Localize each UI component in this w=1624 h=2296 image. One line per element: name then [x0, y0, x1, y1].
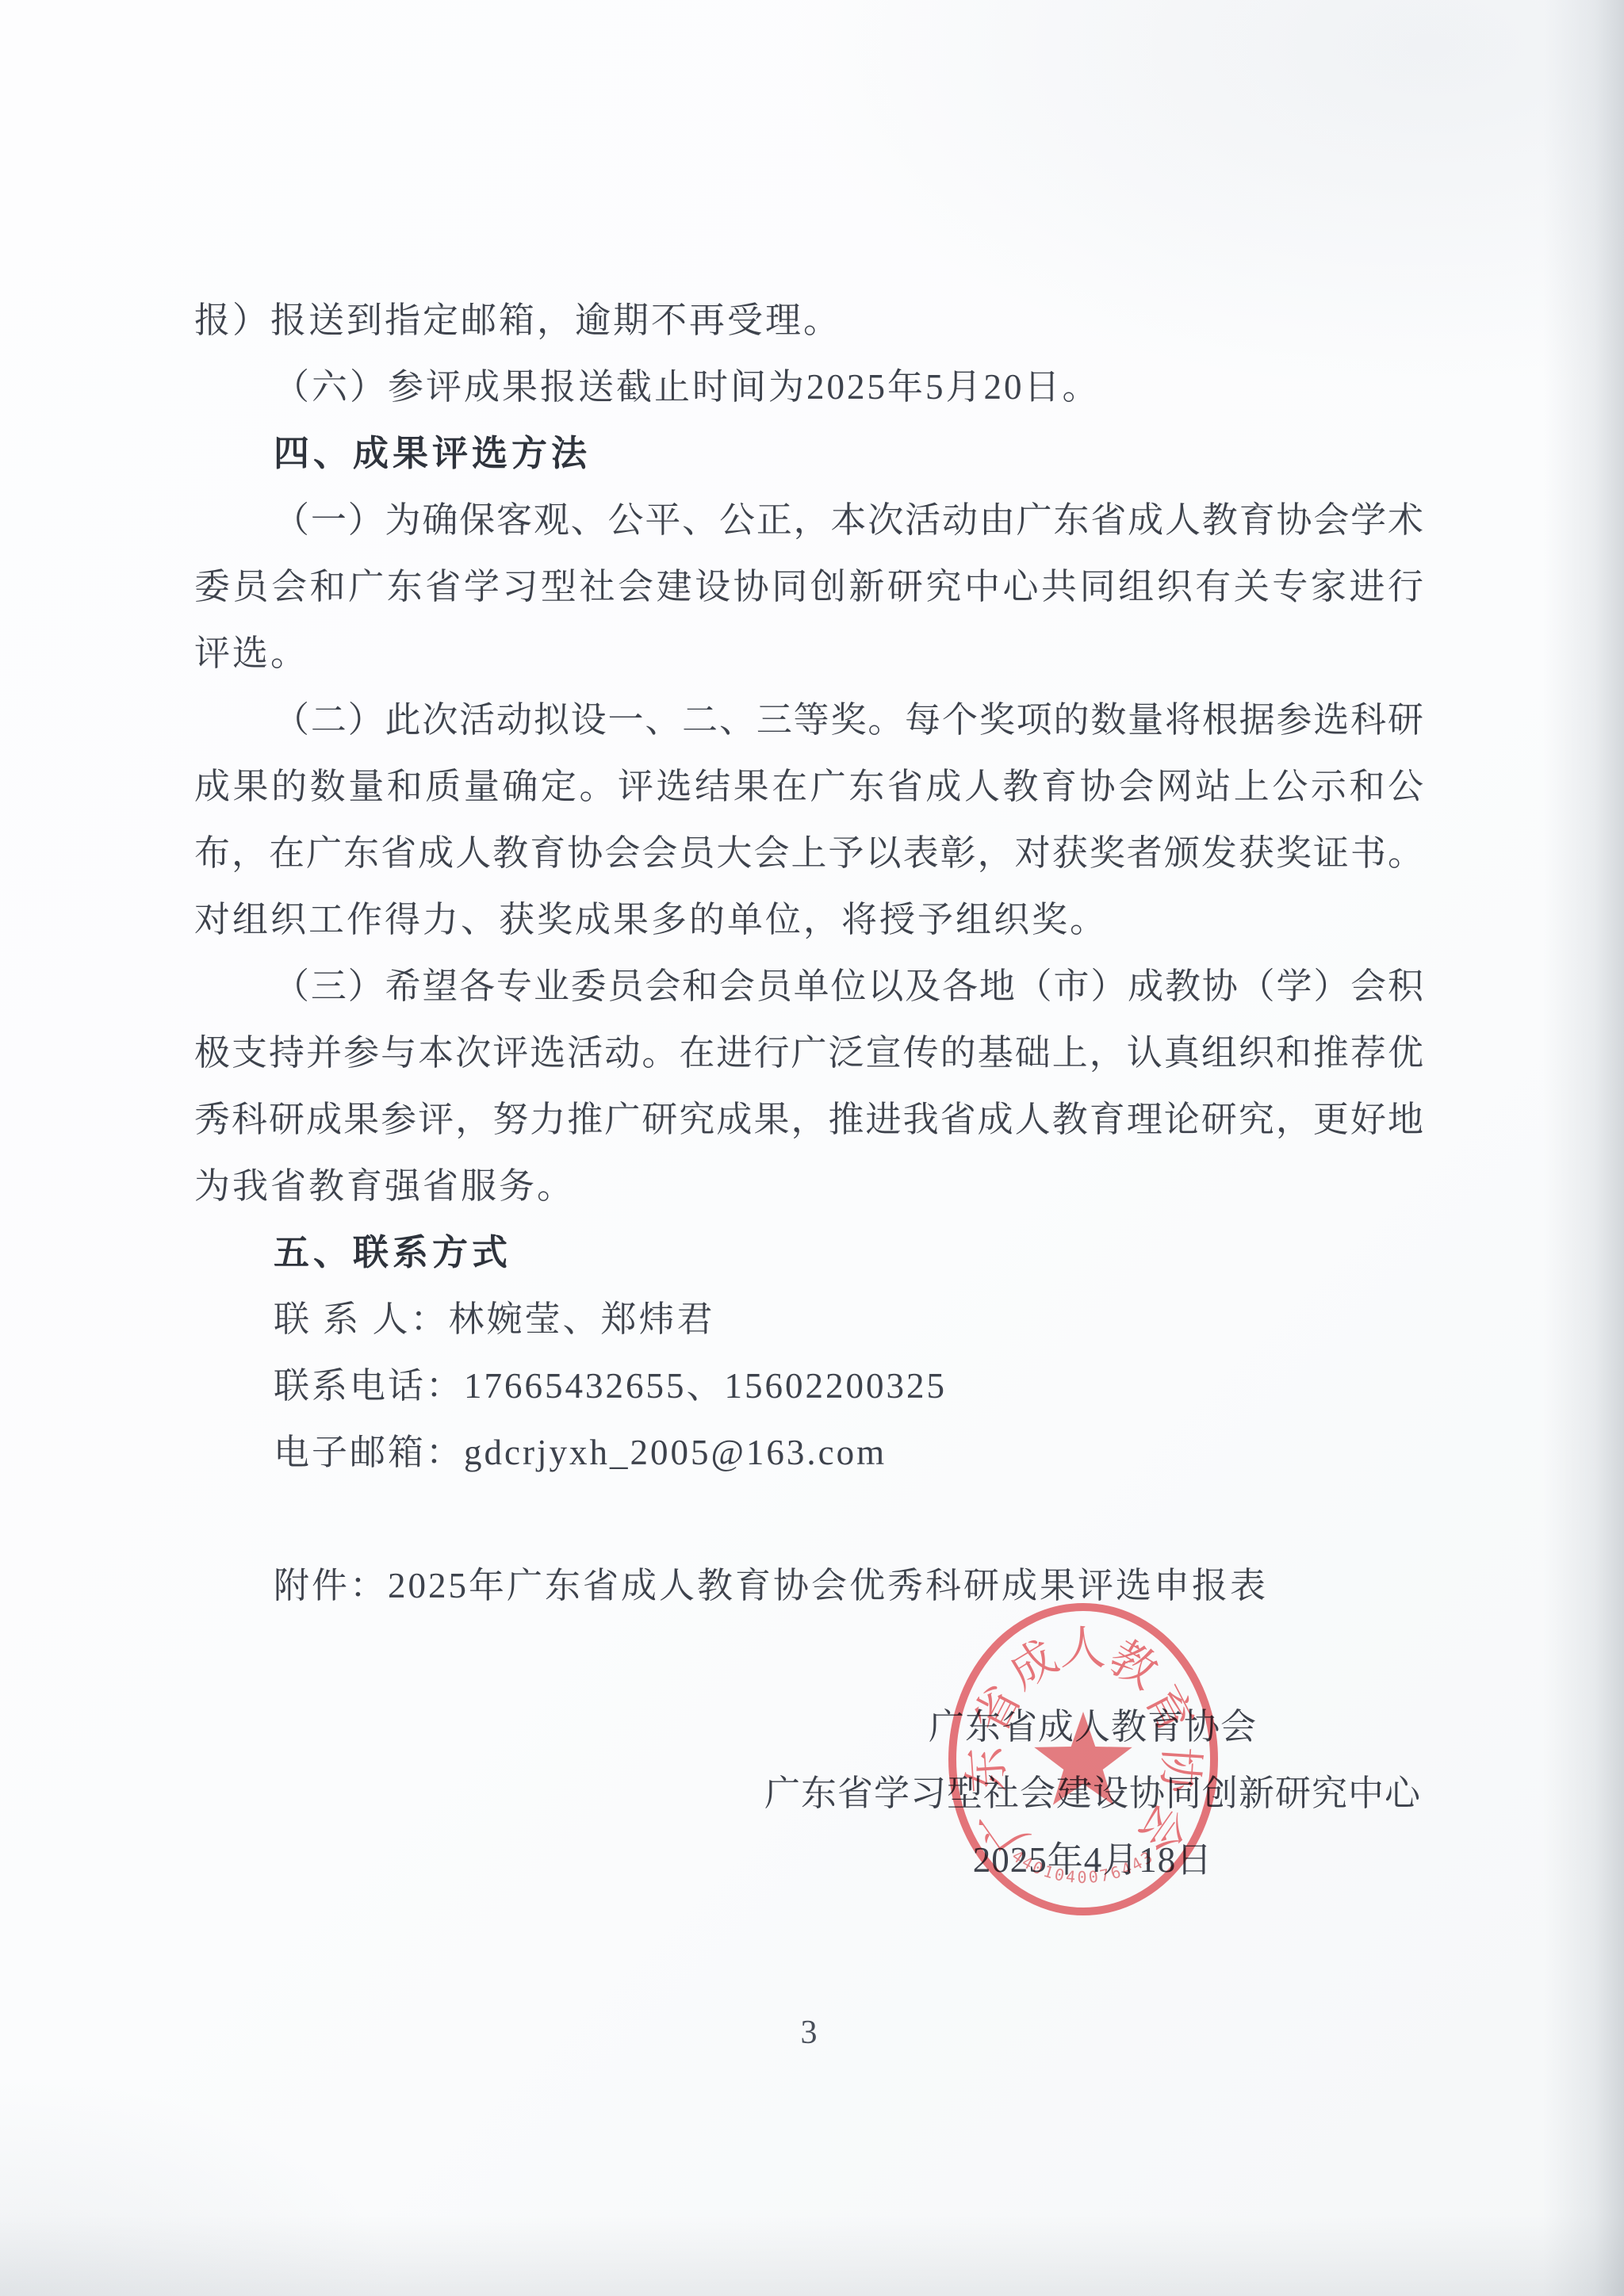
text-line: （二）此次活动拟设一、二、三等奖。每个奖项的数量将根据参选科研: [194, 687, 1423, 753]
section-heading: 四、成果评选方法: [194, 420, 1423, 487]
text-line: 成果的数量和质量确定。评选结果在广东省成人教育协会网站上公示和公: [194, 753, 1423, 820]
scanned-document-page: 报）报送到指定邮箱，逾期不再受理。 （六）参评成果报送截止时间为2025年5月2…: [0, 0, 1624, 2296]
text-line: 为我省教育强省服务。: [194, 1153, 1423, 1219]
text-line: 秀科研成果参评，努力推广研究成果，推进我省成人教育理论研究，更好地: [194, 1086, 1423, 1153]
text-line: 对组织工作得力、获奖成果多的单位，将授予组织奖。: [194, 886, 1423, 953]
text-line: 布，在广东省成人教育协会会员大会上予以表彰，对获奖者颁发获奖证书。: [194, 820, 1423, 886]
seal-code: 4401040076443: [1009, 1846, 1158, 1887]
text-line: 委员会和广东省学习型社会建设协同创新研究中心共同组织有关专家进行: [194, 553, 1423, 620]
text-line: （六）参评成果报送截止时间为2025年5月20日。: [194, 354, 1423, 420]
contact-phone-line: 联系电话：17665432655、15602200325: [194, 1353, 1423, 1419]
seal-ring-char: 教: [1101, 1631, 1166, 1699]
seal-ring-char: 协: [1152, 1745, 1207, 1796]
official-seal: 广东省成人教育协会 4401040076443: [942, 1598, 1224, 1920]
attachment-line: 附件：2025年广东省成人教育协会优秀科研成果评选申报表: [194, 1552, 1423, 1619]
blank-line: [194, 1486, 1423, 1552]
star-icon: [1034, 1712, 1132, 1805]
seal-ring-char: 东: [959, 1745, 1014, 1794]
text-line: 极支持并参与本次评选活动。在进行广泛宣传的基础上，认真组织和推荐优: [194, 1020, 1423, 1086]
text-line: （三）希望各专业委员会和会员单位以及各地（市）成教协（学）会积: [194, 953, 1423, 1020]
page-number: 3: [761, 2014, 856, 2052]
contact-email-line: 电子邮箱：gdcrjyxh_2005@163.com: [194, 1419, 1423, 1486]
seal-ring-char: 人: [1060, 1623, 1106, 1674]
contact-person-line: 联 系 人：林婉莹、郑炜君: [194, 1286, 1423, 1353]
text-line: （一）为确保客观、公平、公正，本次活动由广东省成人教育协会学术: [194, 487, 1423, 553]
text-line: 评选。: [194, 620, 1423, 687]
section-heading: 五、联系方式: [194, 1219, 1423, 1286]
document-body: 报）报送到指定邮箱，逾期不再受理。 （六）参评成果报送截止时间为2025年5月2…: [194, 287, 1423, 1619]
text-line: 报）报送到指定邮箱，逾期不再受理。: [194, 287, 1423, 354]
seal-ring-char: 成: [1000, 1631, 1066, 1699]
